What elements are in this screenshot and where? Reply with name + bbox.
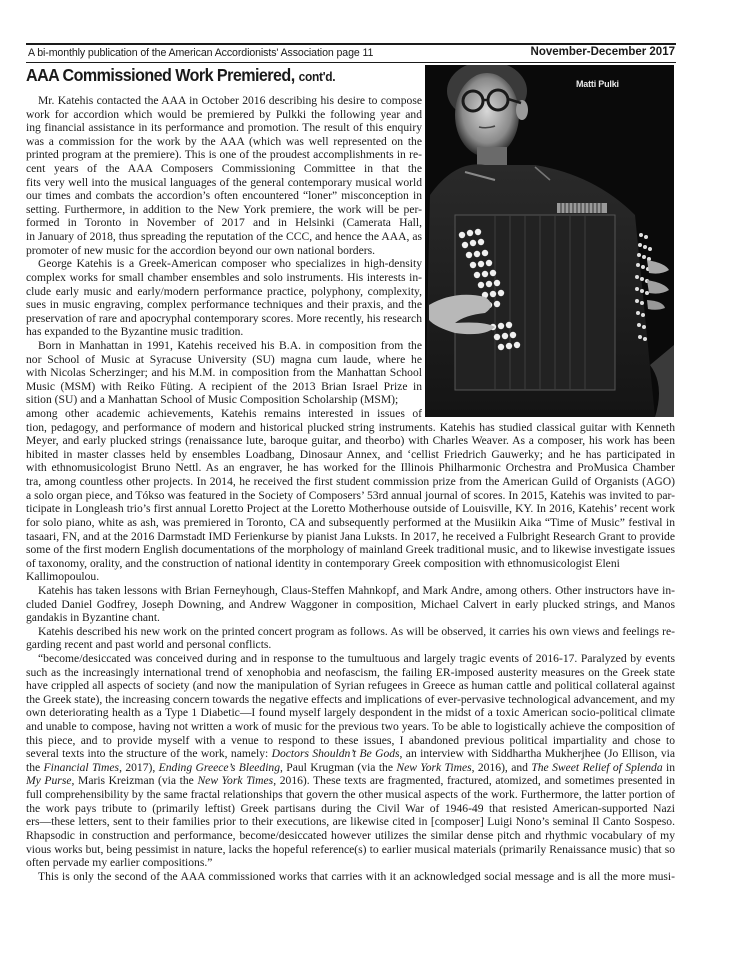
article-line: of taxonomy, orality, and the constructi… [26, 557, 675, 571]
article-line: sues in music engraving, complex perform… [26, 298, 422, 312]
article-line: Rhapsodic in construction and performanc… [26, 829, 675, 843]
article-line: ing financial assistance in its performa… [26, 121, 422, 135]
article-line: Music (MSM) with Reiko Füting. A recipie… [26, 380, 422, 394]
article-line: has expanded to the Byzantine music trad… [26, 325, 422, 339]
article-line: with Nicolas Scherzinger; and his M.M. i… [26, 366, 422, 380]
article-line: often pervade my earlier compositions.” [26, 856, 675, 870]
article-line: this piece, and to provide myself with a… [26, 734, 675, 748]
article-line: promoter of new music for the accordion … [26, 244, 422, 258]
article-line: complex works for small chamber ensemble… [26, 271, 422, 285]
article-line: several texts into the structure of the … [26, 747, 675, 761]
article-line: Mr. Katehis contacted the AAA in October… [26, 94, 422, 108]
article-line: for solo piano, white as ash, was premie… [26, 516, 675, 530]
article-line: clude early music and early/modern perfo… [26, 285, 422, 299]
header-bottom-rule [26, 62, 676, 63]
article-line: cent years of the AAA Composers Commissi… [26, 162, 422, 176]
article-line: among other academic achievements, Kateh… [26, 407, 422, 421]
article-line: hibited in master classes held by ensemb… [26, 448, 675, 462]
italic-title: New York Times [396, 761, 471, 774]
italic-title: The Sweet Relief of Splenda [531, 761, 662, 774]
article-line: such as the increasingly international t… [26, 666, 675, 680]
issue-date: November-December 2017 [531, 46, 675, 58]
header-top-rule [26, 43, 676, 45]
article-line: tra, among countless other projects. In … [26, 475, 675, 489]
article-line: the Greek state), the increasing concern… [26, 693, 675, 707]
italic-title: Financial Times [44, 761, 120, 774]
article-line: the work pays tribute to (primarily left… [26, 802, 675, 816]
article-line: printed program at the premiere). This i… [26, 148, 422, 162]
italic-title: Doctors Shouldn’t Be Gods [272, 747, 400, 760]
article-line: fits very well into the musical language… [26, 176, 422, 190]
article-line: was a commission for the work by the AAA… [26, 135, 422, 149]
article-line: in January of 2018, thus spreading the r… [26, 230, 422, 244]
article-line: gandakis in Byzantine chant. [26, 611, 675, 625]
italic-title: New York Times [197, 774, 273, 787]
article-line: our times and combats the accordion’s of… [26, 189, 422, 203]
publication-line: A bi-monthly publication of the American… [28, 47, 373, 59]
article-title-contd: cont'd. [299, 69, 336, 84]
italic-title: Ending Greece’s Bleeding [159, 761, 280, 774]
article-line: have crippled all aspects of society (an… [26, 679, 675, 693]
article-line: setting. Furthermore, in addition to the… [26, 203, 422, 217]
article-line: formed in Toronto in November of 2017 an… [26, 216, 422, 230]
photo-caption: Matti Pulki [576, 79, 619, 89]
article-line: “become/desiccated was conceived during … [26, 652, 675, 666]
article-line: Born in Manhattan in 1991, Katehis recei… [26, 339, 422, 353]
article-line: sition (SU) and a Manhattan School of Mu… [26, 393, 422, 407]
article-line: full comprehensibility by the same fract… [26, 788, 675, 802]
article-line: This is only the second of the AAA commi… [26, 870, 675, 884]
article-line: Kallimopoulou. [26, 570, 675, 584]
article-line: with ethnomusicologist Bruno Nettl. As a… [26, 461, 675, 475]
article-line: preservation of rare and apocryphal cont… [26, 312, 422, 326]
article-line: a solo organ piece, and Tókso was featur… [26, 489, 675, 503]
article-line: and unable to compose, having not writte… [26, 720, 675, 734]
article-line: work for accordion which would be premie… [26, 108, 422, 122]
article-line: nor School of Music at Syracuse Universi… [26, 353, 422, 367]
article-line: garding recent and past world and person… [26, 638, 675, 652]
article-line: George Katehis is a Greek-American compo… [26, 257, 422, 271]
italic-title: My Purse [26, 774, 71, 787]
article-line: My Purse, Maris Kreizman (via the New Yo… [26, 774, 675, 788]
newsletter-page: A bi-monthly publication of the American… [0, 0, 739, 957]
article-line: tion, pedagogy, and performance of moder… [26, 421, 675, 435]
article-line: vious works but, being pessimist in natu… [26, 843, 675, 857]
article-line: some of the first modern English documen… [26, 543, 675, 557]
article-title: AAA Commissioned Work Premiered, cont'd. [26, 65, 335, 86]
article-line: ers—these letters, sent to their familie… [26, 815, 675, 829]
article-title-main: AAA Commissioned Work Premiered, [26, 65, 295, 85]
article-line: the Financial Times, 2017), Ending Greec… [26, 761, 675, 775]
article-line: tasaari, FN, and at the 2016 Darmstadt I… [26, 530, 675, 544]
article-line: own deteriorating health as a Type 1 Dia… [26, 706, 675, 720]
article-line: cluded Daniel Godfrey, Joseph Downing, a… [26, 598, 675, 612]
article-line: Katehis has taken lessons with Brian Fer… [26, 584, 675, 598]
article-line: Katehis described his new work on the pr… [26, 625, 675, 639]
article-body: Mr. Katehis contacted the AAA in October… [26, 94, 675, 883]
article-line: Meyer, and early plucked strings (renais… [26, 434, 675, 448]
article-line: ticipate in Longleash trio’s first annua… [26, 502, 675, 516]
